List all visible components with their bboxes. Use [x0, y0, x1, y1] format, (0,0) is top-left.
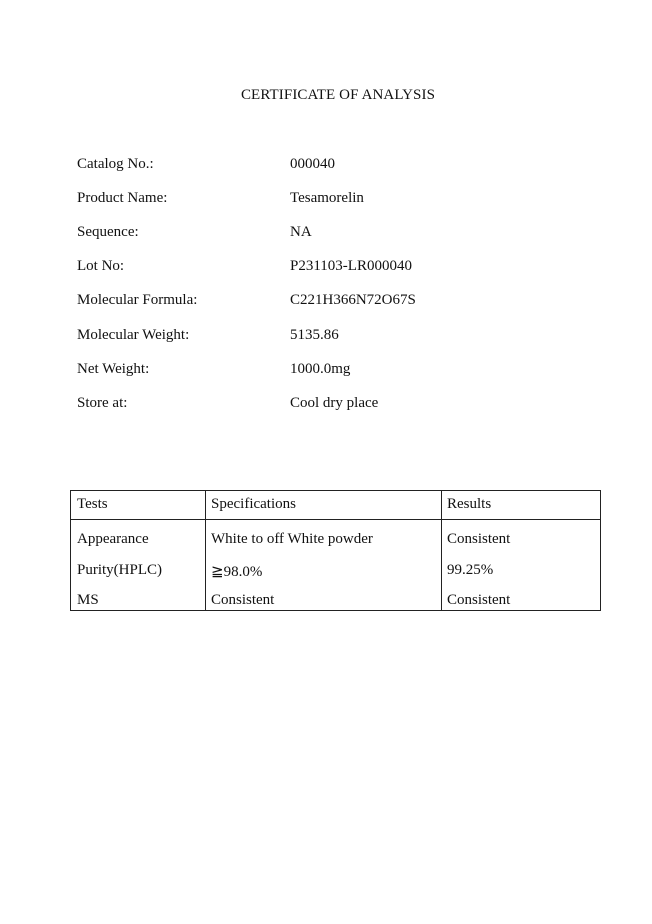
header-divider: [71, 519, 600, 520]
test-result: 99.25%: [447, 562, 493, 579]
info-value: NA: [290, 224, 312, 241]
test-specification: White to off White powder: [211, 531, 373, 548]
info-label: Store at:: [77, 395, 127, 412]
info-value: C221H366N72O67S: [290, 292, 416, 309]
column-divider: [441, 491, 442, 610]
test-specification: ≧98.0%: [211, 562, 262, 581]
test-name: Purity(HPLC): [77, 562, 162, 579]
info-label: Net Weight:: [77, 361, 149, 378]
test-specification: Consistent: [211, 592, 274, 609]
info-value: 1000.0mg: [290, 361, 350, 378]
document-title: CERTIFICATE OF ANALYSIS: [0, 87, 652, 104]
info-label: Lot No:: [77, 258, 124, 275]
header-results: Results: [447, 496, 491, 513]
info-label: Catalog No.:: [77, 156, 154, 173]
test-name: Appearance: [77, 531, 149, 548]
info-value: 000040: [290, 156, 335, 173]
info-value: P231103-LR000040: [290, 258, 412, 275]
info-label: Product Name:: [77, 190, 167, 207]
header-tests: Tests: [77, 496, 108, 513]
header-specifications: Specifications: [211, 496, 296, 513]
info-value: Cool dry place: [290, 395, 378, 412]
test-results-table: Tests Specifications Results Appearance …: [70, 490, 601, 611]
column-divider: [205, 491, 206, 610]
info-label: Molecular Formula:: [77, 292, 197, 309]
test-name: MS: [77, 592, 99, 609]
info-label: Sequence:: [77, 224, 139, 241]
info-value: Tesamorelin: [290, 190, 364, 207]
info-value: 5135.86: [290, 327, 339, 344]
info-label: Molecular Weight:: [77, 327, 189, 344]
test-result: Consistent: [447, 592, 510, 609]
test-result: Consistent: [447, 531, 510, 548]
